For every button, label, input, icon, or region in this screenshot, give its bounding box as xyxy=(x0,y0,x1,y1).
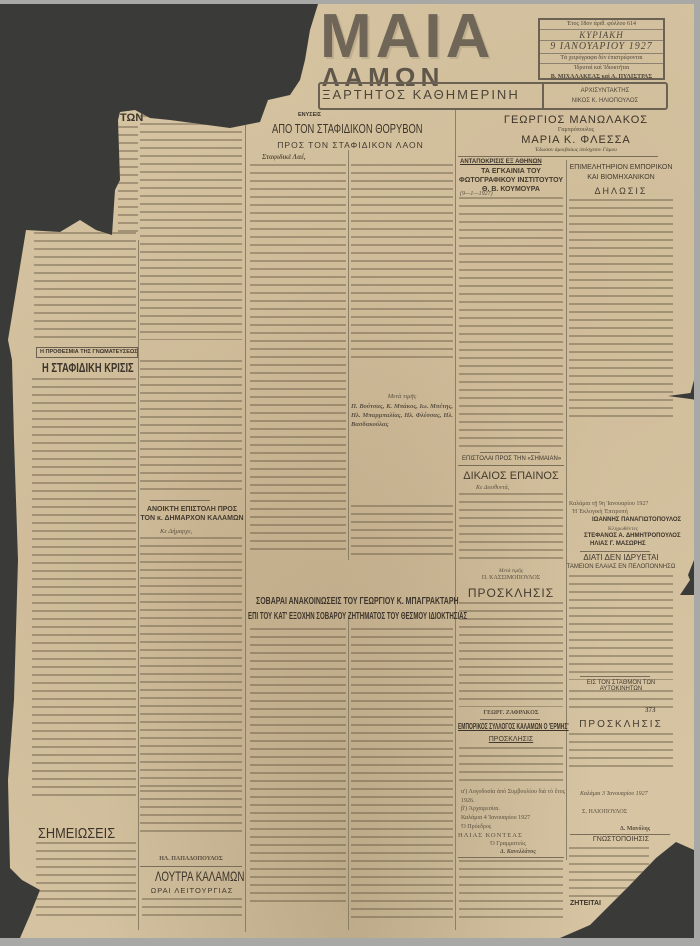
invite2-secretary: Δ. Μανόλης xyxy=(620,825,650,834)
editor-box: ΑΡΧΙΣΥΝΤΑΚΤΗΣ ΝΙΚΟΣ Κ. ΗΛΙΟΠΟΥΛΟΣ xyxy=(542,84,666,108)
column-divider xyxy=(245,112,246,932)
column-divider xyxy=(348,150,349,560)
editor-label: ΑΡΧΙΣΥΝΤΑΚΤΗΣ xyxy=(544,86,666,96)
notes-heading: ΣΗΜΕΙΩΣΕΙΣ xyxy=(38,825,115,842)
scan-border-bottom xyxy=(0,938,700,946)
article-text xyxy=(459,197,563,447)
invite-signature: ΓΕΩΡΓ. ΖΑΦΡΑΚΟΣ xyxy=(456,709,566,718)
market-subheading: ΠΡΟΣΚΛΗΣΙΣ xyxy=(456,736,566,743)
chamber-heading: ΕΠΙΜΕΛΗΤΗΡΙΟΝ ΕΜΠΟΡΙΚΟΝ ΚΑΙ ΒΙΟΜΗΧΑΝΙΚΟΝ xyxy=(566,163,676,183)
column-divider xyxy=(455,110,456,930)
article-text xyxy=(351,505,453,560)
chamber-subheading: ΔΗΛΩΣΙΣ xyxy=(566,186,676,196)
praise-signature: Π. ΚΑΣΣΙΜΟΠΟΥΛΟΣ xyxy=(456,574,566,583)
why-heading: ΔΙΑΤΙ ΔΕΝ ΙΔΡΥΕΤΑΙ xyxy=(566,553,676,562)
notice-heading: ΓΝΩΣΤΟΠΟΙΗΣΙΣ xyxy=(566,836,676,843)
section-divider xyxy=(458,857,564,858)
section-divider xyxy=(480,452,540,453)
market-president: ΗΛΙΑΣ ΚΟΝΤΕΑΣ xyxy=(458,831,523,840)
article-text xyxy=(569,690,673,714)
section-divider xyxy=(580,551,650,552)
invite2-president: Σ. ΗΛΙΟΠΟΥΛΟΣ xyxy=(582,808,627,817)
article-text xyxy=(250,628,346,908)
section-divider xyxy=(150,500,210,501)
section-divider xyxy=(580,676,650,677)
column-divider xyxy=(138,240,139,930)
issue-date: 9 ΙΑΝΟΥΑΡΙΟΥ 1927 xyxy=(540,41,663,54)
scan-border-right xyxy=(694,0,700,946)
manuscripts-note: Τὰ χειρόγραφα δὲν ἐπιστρέφονται xyxy=(540,54,663,64)
owners-names: Β. ΜΙΧΑΛΑΚΕΑΣ καὶ Α. ΠΥΛΙΣΤΡΑΣ xyxy=(540,73,663,82)
section-divider xyxy=(458,465,564,466)
market-heading: ΕΜΠΟΡΙΚΟΣ ΣΥΛΛΟΓΟΣ ΚΑΛΑΜΩΝ Ο 'ΕΡΜΗΣ' xyxy=(458,722,569,731)
article-text xyxy=(140,115,242,340)
article-text xyxy=(34,232,136,342)
masthead-title: ΜΑΙΑ xyxy=(320,6,494,68)
athens-kicker: ΑΝΤΑΠΟΚΡΙΣΙΣ ΕΞ ΑΘΗΝΩΝ xyxy=(460,159,542,165)
letters-kicker: ΕΠΙΣΤΟΛΑΙ ΠΡΟΣ ΤΗΝ «ΣΗΜΑΙΑΝ» xyxy=(462,456,561,462)
market-item-a: α') Λογοδοσία ἀπὸ Συμβουλίου διὰ τὸ ἔτος… xyxy=(461,788,565,806)
article-text xyxy=(569,847,649,897)
center-subheading: ΠΡΟΣ ΤΟΝ ΣΤΑΦΙΔΙΚΟΝ ΛΑΟΝ xyxy=(248,140,453,150)
baths-signature: ΗΛ. ΠΑΠΑΔΟΠΟΥΛΟΣ xyxy=(140,855,242,864)
newspaper-page: ΜΑΙΑ ΛΑΜΩΝ Έτος 18ον άριθ. φύλλου 614 ΚΥ… xyxy=(0,0,700,946)
article-text xyxy=(250,164,346,556)
article-text xyxy=(351,164,453,364)
left-kicker: Η ΠΡΟΘΕΣΜΙΑ ΤΗΣ ΓΝΩΜΑΤΕΥΣΕΩΣ xyxy=(37,348,137,357)
praise-salutation: Κε Διευθυντά, xyxy=(476,484,509,493)
signatures-label: Μετὰ τιμῆς xyxy=(351,392,453,401)
invite2-date: Καλάμαι 3 Ἰανουαρίου 1927 xyxy=(580,790,648,799)
issue-note: Έτος 18ον άριθ. φύλλου 614 xyxy=(540,20,663,30)
banner-headline-1: ΣΟΒΑΡΑΙ ΑΝΑΚΟΙΝΩΣΕΙΣ ΤΟΥ ΓΕΩΡΓΙΟΥ Κ. ΜΠΑ… xyxy=(256,596,459,607)
engagement-line: Έδωσαν ἀμοιβαίως ὑπόσχεσιν Γάμου xyxy=(458,147,694,153)
engaged-label: Γαμπρόπουλος xyxy=(458,127,694,133)
section-divider xyxy=(480,719,540,720)
baths-heading: ΛΟΥΤΡΑ ΚΑΛΑΜΩΝ xyxy=(155,868,244,884)
chamber-signatory-3: ΗΛΙΑΣ Γ. ΜΑΣΩΡΗΣ xyxy=(590,541,646,547)
open-letter-heading: ΑΝΟΙΚΤΗ ΕΠΙΣΤΟΛΗ ΠΡΟΣ ΤΟΝ κ. ΔΗΜΑΡΧΟΝ ΚΑ… xyxy=(140,505,244,523)
station-number: 373 xyxy=(645,706,656,715)
chamber-signatory-2: ΣΤΕΦΑΝΟΣ Α. ΔΗΜΗΤΡΟΠΟΥΛΟΣ xyxy=(584,533,681,539)
section-divider xyxy=(458,156,658,157)
wanted-heading: ΖΗΤΕΙΤΑΙ xyxy=(570,900,601,907)
bride-name: ΜΑΡΙΑ Κ. ΦΛΕΣΣΑ xyxy=(458,134,694,146)
section-divider xyxy=(570,834,670,835)
why-subheading: ΤΑΜΕΙΟΝ ΕΛΑΙΑΣ ΕΝ ΠΕΛΟΠΟΝΝΗΣΩ xyxy=(566,564,676,570)
signatories: Π. Βούτσας, Κ. Μπάκος, Ιω. Μπέτης, Ηλ. Μ… xyxy=(351,402,453,502)
article-text xyxy=(142,898,242,918)
article-text xyxy=(569,575,673,680)
article-text xyxy=(351,628,453,918)
invite-heading: ΠΡΟΣΚΛΗΣΙΣ xyxy=(456,586,566,600)
center-kicker: ΕΝΥΣΕΙΣ xyxy=(298,112,321,118)
article-text-fragment xyxy=(142,342,242,360)
banner-headline-2: ΕΠΙ ΤΟΥ ΚΑΤ' ΕΞΟΧΗΝ ΣΟΒΑΡΟΥ ΖΗΤΗΜΑΤΟΣ ΤΟ… xyxy=(248,611,467,622)
article-text xyxy=(459,493,563,565)
article-text xyxy=(140,790,242,835)
article-text xyxy=(569,199,673,417)
section-divider xyxy=(140,866,242,867)
scan-border-top xyxy=(0,0,700,4)
article-text xyxy=(118,126,138,236)
column-divider xyxy=(348,615,349,930)
tagline: ΞΑΡΤΗΤΟΣ ΚΑΘΗΜΕΡΙΝΗ xyxy=(322,87,520,102)
invite2-heading: ΠΡΟΣΚΛΗΣΙΣ xyxy=(566,719,676,730)
center-top-heading: ΑΠΟ ΤΟΝ ΣΤΑΦΙΔΙΚΟΝ ΘΟΡΥΒΟΝ xyxy=(272,121,423,136)
kicker-box: Η ΠΡΟΘΕΣΜΙΑ ΤΗΣ ΓΝΩΜΑΤΕΥΣΕΩΣ xyxy=(36,347,138,358)
article-text xyxy=(459,602,563,707)
editor-name: ΝΙΚΟΣ Κ. ΗΛΙΟΠΟΥΛΟΣ xyxy=(544,96,666,106)
market-secretary: Δ. Κανελλάτος xyxy=(500,848,536,857)
column-divider xyxy=(566,160,567,860)
article-text xyxy=(36,842,136,917)
owners-label: Ἰδρυταὶ καὶ Ἰδιοκτῆται xyxy=(540,64,663,73)
market-date: Καλάμαι 4 Ἰανουαρίου 1927 xyxy=(461,814,565,823)
market-item-b: β') Ἀρχαιρεσίαι. xyxy=(461,805,565,814)
left-heading: Η ΣΤΑΦΙΔΙΚΗ ΚΡΙΣΙΣ xyxy=(42,360,134,375)
chamber-signatory-1: ΙΩΑΝΝΗΣ ΠΑΝΑΓΙΩΤΟΠΟΥΛΟΣ xyxy=(592,517,681,523)
article-text xyxy=(32,378,136,798)
article-text xyxy=(459,860,563,920)
groom-name: ΓΕΩΡΓΙΟΣ ΜΑΝΩΛΑΚΟΣ xyxy=(458,114,694,126)
baths-subheading: ΩΡΑΙ ΛΕΙΤΟΥΡΓΙΑΣ xyxy=(140,886,244,895)
tagline-strip: ΞΑΡΤΗΤΟΣ ΚΑΘΗΜΕΡΙΝΗ ΑΡΧΙΣΥΝΤΑΚΤΗΣ ΝΙΚΟΣ … xyxy=(318,82,668,110)
praise-heading: ΔΙΚΑΙΟΣ ΕΠΑΙΝΟΣ xyxy=(456,470,566,482)
date-box: Έτος 18ον άριθ. φύλλου 614 ΚΥΡΙΑΚΗ 9 ΙΑΝ… xyxy=(538,18,665,80)
chamber-committee: Ἡ Ἐκλογικὴ Ἐπιτροπή xyxy=(572,508,628,517)
open-letter-salutation: Κε Δήμαρχε, xyxy=(160,527,192,536)
center-salutation: Σταφιδικὲ Λαέ, xyxy=(262,153,306,162)
article-text xyxy=(459,747,563,785)
article-text xyxy=(140,537,242,787)
article-text xyxy=(140,360,242,495)
article-text xyxy=(569,733,673,769)
issue-day: ΚΥΡΙΑΚΗ xyxy=(540,30,663,41)
